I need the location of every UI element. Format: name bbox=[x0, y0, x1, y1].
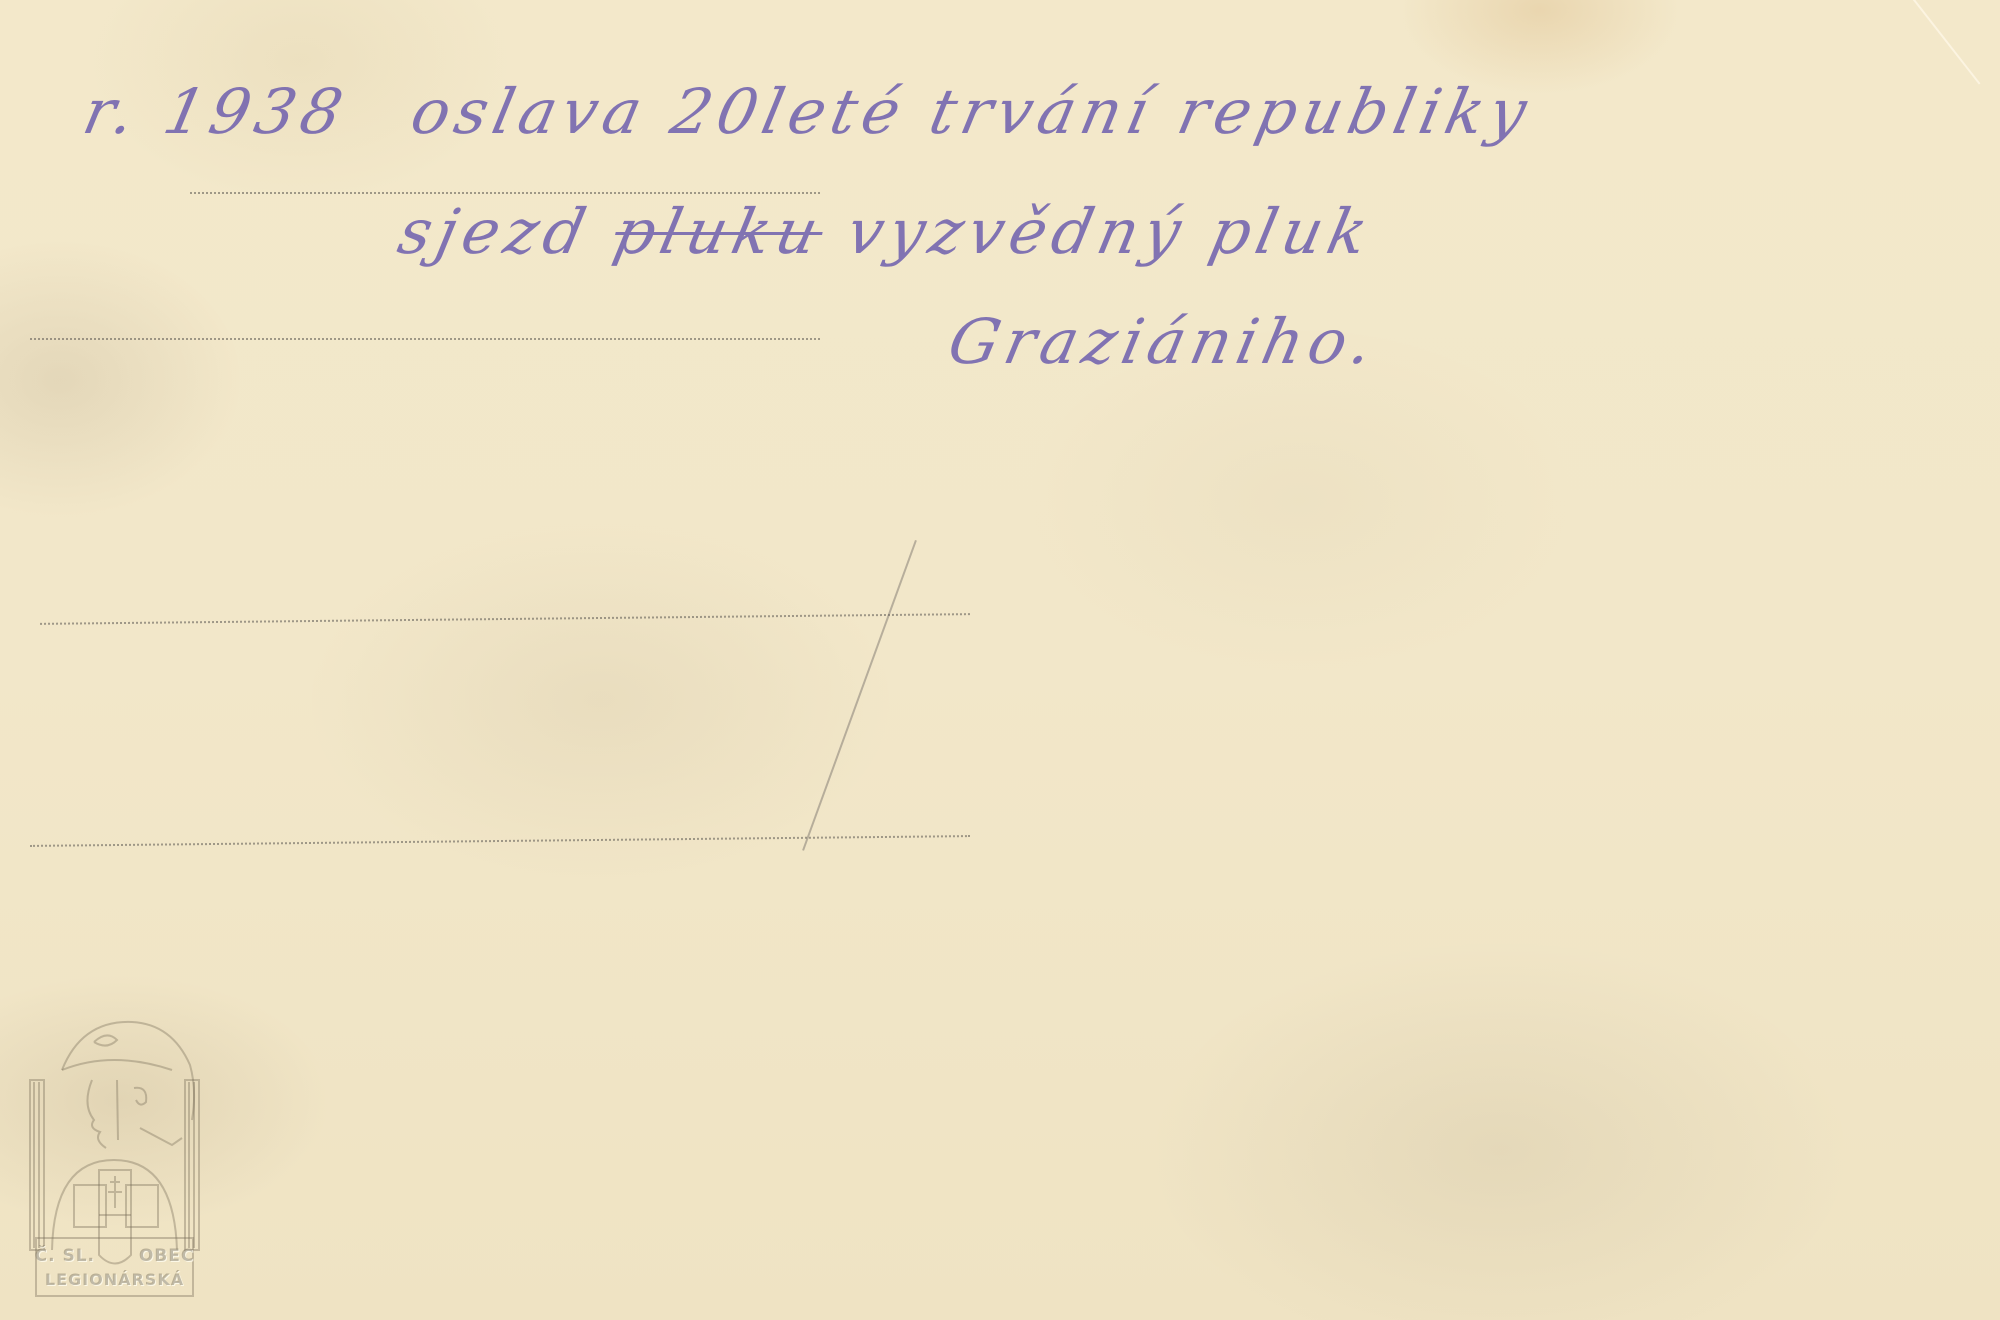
name-text: Graziániho. bbox=[942, 305, 1385, 378]
struck-word: pluku bbox=[608, 195, 830, 268]
printed-dotted-line-2 bbox=[30, 338, 820, 340]
handwriting-line-1: r. 1938 oslava 20leté trvání republiky bbox=[77, 75, 1539, 148]
stamp-text-obec: OBEC bbox=[139, 1246, 195, 1266]
handwriting-line-2: sjezd pluku vyzvědný pluk bbox=[392, 195, 1380, 268]
caption-text: oslava 20leté trvání republiky bbox=[405, 75, 1539, 148]
unit-text: vyzvědný pluk bbox=[841, 195, 1380, 268]
handwriting-line-3: Graziániho. bbox=[942, 305, 1385, 378]
stamp-text-csl: Č. SL. bbox=[35, 1246, 95, 1266]
year: 1938 bbox=[158, 75, 355, 148]
printed-dotted-line-1 bbox=[190, 192, 820, 194]
word-sjezd: sjezd bbox=[392, 195, 598, 268]
legionary-emboss-stamp: Č. SL. OBEC LEGIONÁRSKÁ bbox=[22, 1010, 207, 1300]
stamp-text-legionarska: LEGIONÁRSKÁ bbox=[22, 1270, 207, 1289]
